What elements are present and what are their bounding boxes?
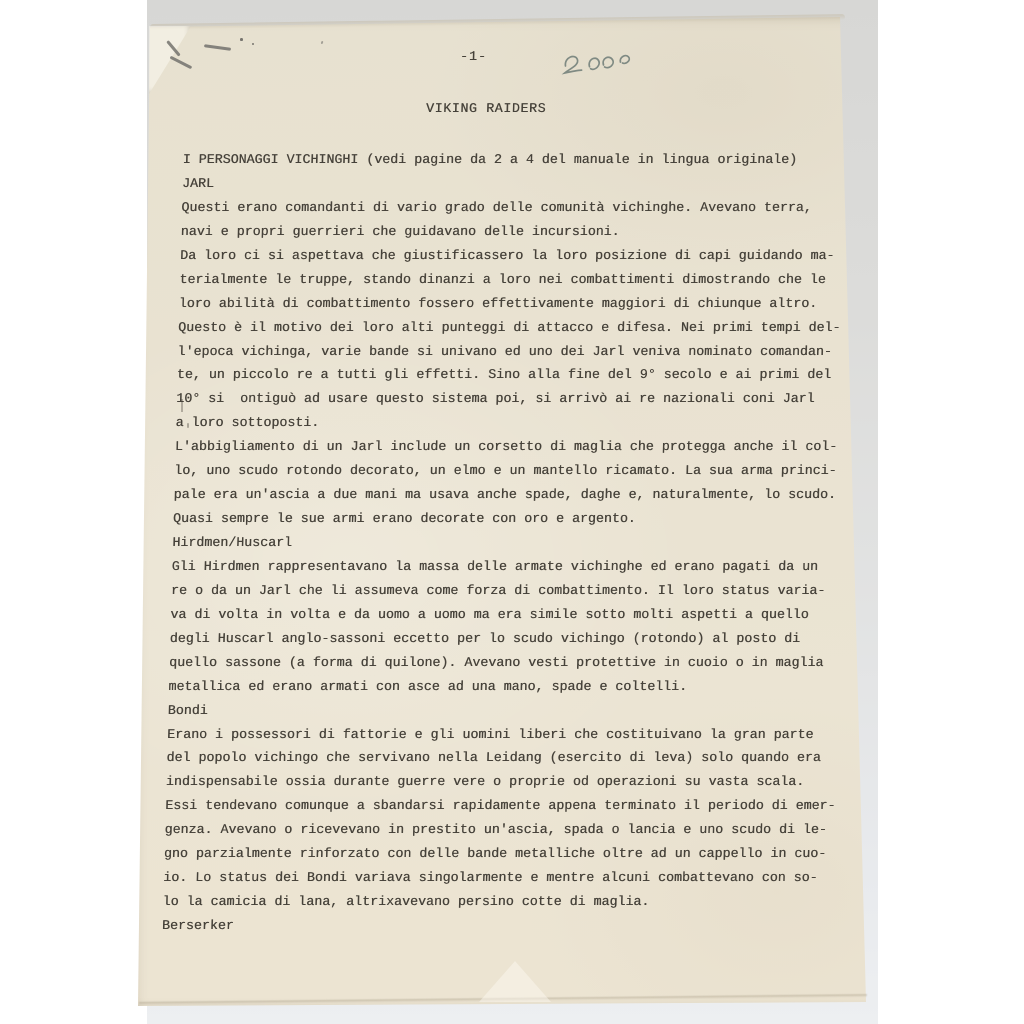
typed-line: degli Huscarl anglo-sassoni eccetto per …: [169, 627, 860, 651]
typed-line: l'epoca vichinga, varie bande si univano…: [177, 340, 868, 364]
typed-line: 10° si ontiguò ad usare questo sistema p…: [176, 387, 867, 411]
typed-line: Essi tendevano comunque a sbandarsi rapi…: [165, 794, 856, 818]
typed-line: JARL: [182, 172, 873, 196]
typed-line: lo, uno scudo rotondo decorato, un elmo …: [174, 459, 865, 483]
typed-text-layer: -1- VIKING RAIDERS I PERSONAGGI VICHINGH…: [160, 0, 877, 1010]
typed-line: I PERSONAGGI VICHINGHI (vedi pagine da 2…: [182, 148, 873, 172]
typed-line: Bondi: [167, 699, 858, 723]
typed-line: Hirdmen/Huscarl: [172, 531, 863, 555]
typed-line: terialmente le truppe, stando dinanzi a …: [179, 268, 870, 292]
typed-line: indispensabile ossia durante guerre vere…: [166, 770, 857, 794]
handwritten-note: [557, 38, 650, 83]
typed-line: io. Lo status dei Bondi variava singolar…: [163, 866, 854, 890]
typed-line: Da loro ci si aspettava che giustificass…: [180, 244, 871, 268]
typed-line: genza. Avevano o ricevevano in prestito …: [164, 818, 855, 842]
typed-body: I PERSONAGGI VICHINGHI (vedi pagine da 2…: [162, 148, 873, 938]
document-title: VIKING RAIDERS: [426, 101, 547, 116]
typed-line: gno parzialmente rinforzato con delle ba…: [164, 842, 855, 866]
typed-line: va di volta in volta e da uomo a uomo ma…: [170, 603, 861, 627]
typed-line: L'abbigliamento di un Jarl include un co…: [175, 435, 866, 459]
typed-line: re o da un Jarl che li assumeva come for…: [171, 579, 862, 603]
typed-line: navi e propri guerrieri che guidavano de…: [180, 220, 871, 244]
typed-line: Questi erano comandanti di vario grado d…: [181, 196, 872, 220]
typed-line: pale era un'ascia a due mani ma usava an…: [173, 483, 864, 507]
typed-line: quello sassone (a forma di quilone). Ave…: [169, 651, 860, 675]
typed-line: metallica ed erano armati con asce ad un…: [168, 675, 859, 699]
typed-line: te, un piccolo re a tutti gli effetti. S…: [177, 363, 868, 387]
page-number: -1-: [460, 49, 487, 64]
typed-line: Gli Hirdmen rappresentavano la massa del…: [171, 555, 862, 579]
typed-line: del popolo vichingo che servivano nella …: [166, 746, 857, 770]
typed-line: Quasi sempre le sue armi erano decorate …: [173, 507, 864, 531]
typed-line: Questo è il motivo dei loro alti puntegg…: [178, 316, 869, 340]
typed-line: Berserker: [162, 914, 853, 938]
screenshot: -1- VIKING RAIDERS I PERSONAGGI VICHINGH…: [0, 0, 1024, 1024]
typed-line: a loro sottoposti.: [175, 411, 866, 435]
handwriting-stroke: [564, 54, 629, 73]
typed-line: lo la camicia di lana, altrixavevano per…: [162, 890, 853, 914]
typed-line: loro abilità di combattimento fossero ef…: [178, 292, 869, 316]
typed-line: Erano i possessori di fattorie e gli uom…: [167, 723, 858, 747]
